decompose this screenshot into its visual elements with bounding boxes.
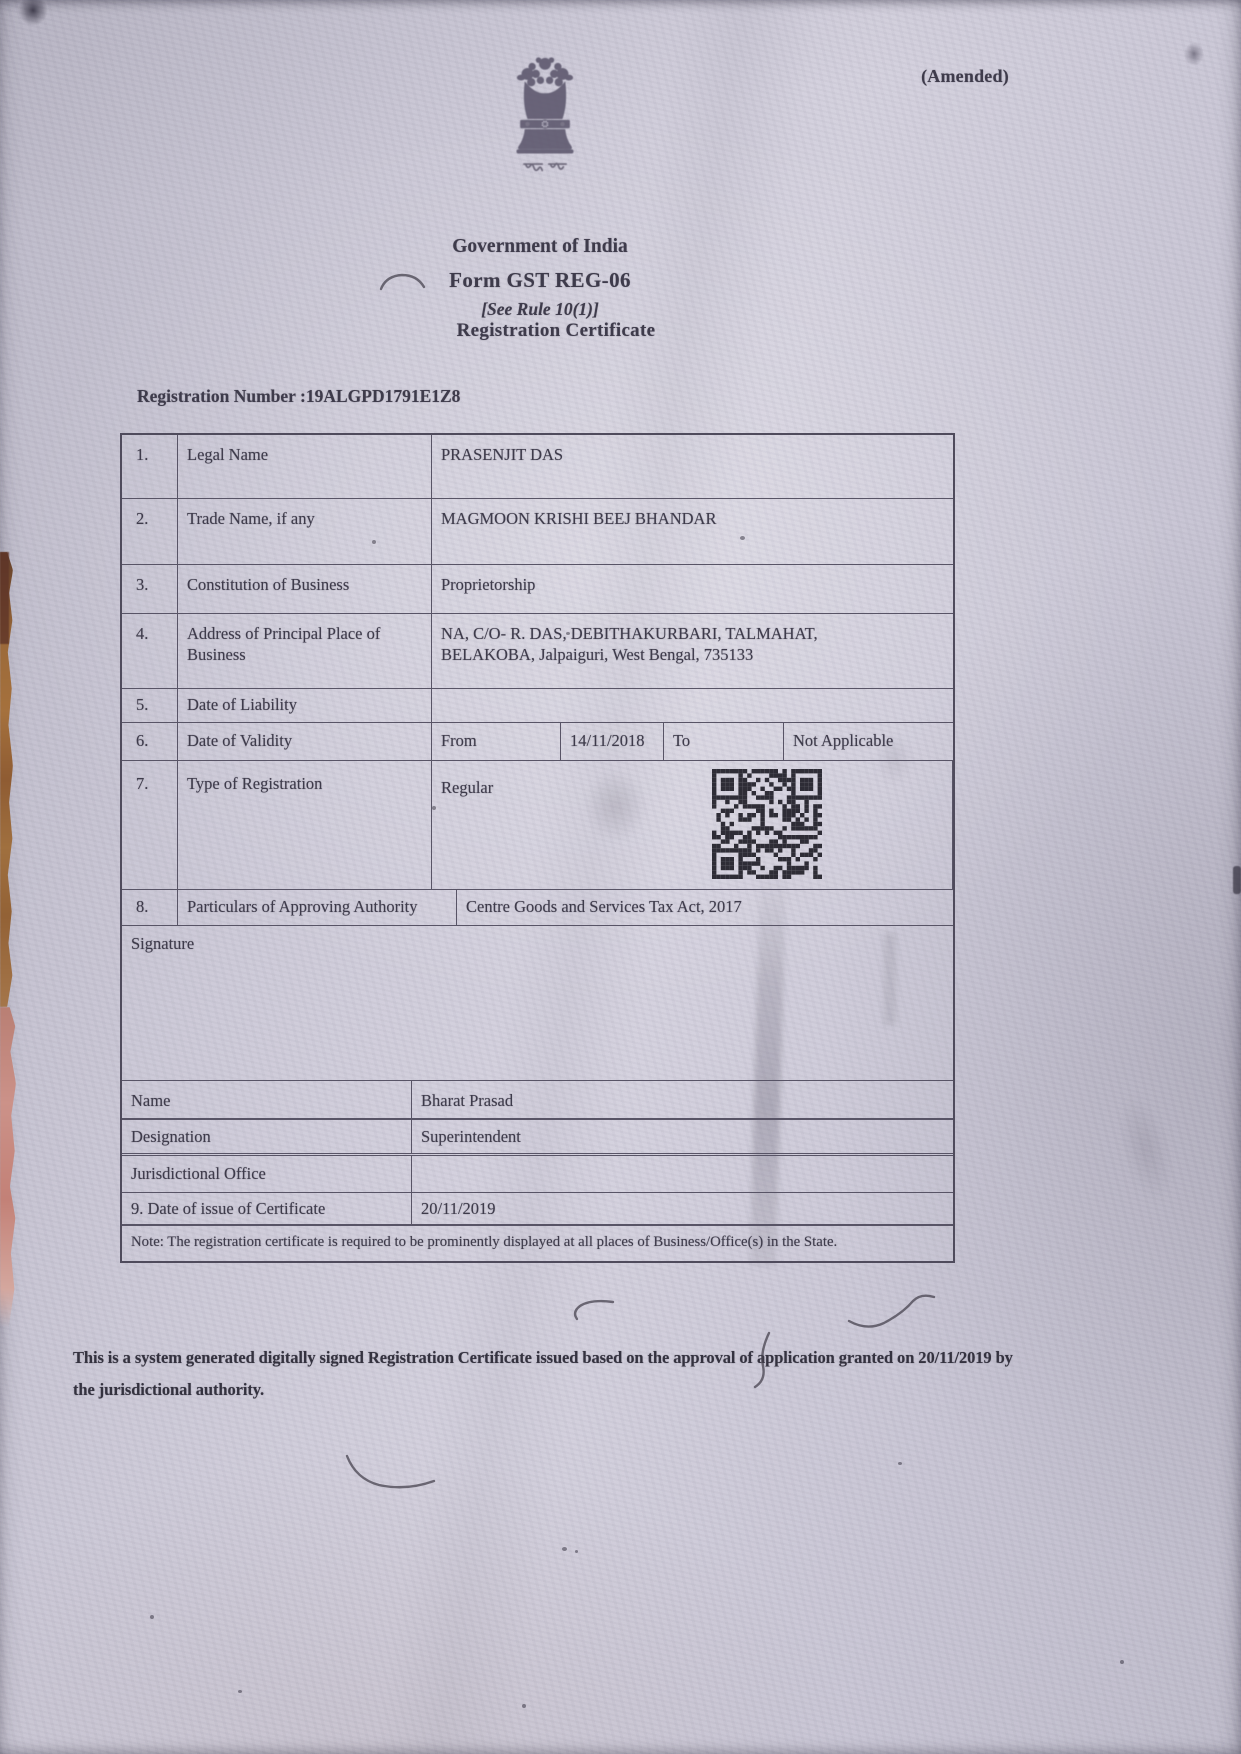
amended-tag: (Amended) (900, 66, 1030, 87)
row-serial: 1. (122, 435, 178, 498)
row-label: Type of Registration (178, 761, 432, 889)
satyameva-jayate-script (524, 164, 566, 171)
india-emblem (499, 44, 591, 194)
registration-number-line: Registration Number :19ALGPD1791E1Z8 (137, 386, 460, 407)
signature-box: Signature (122, 926, 953, 1081)
table-row: 3. Constitution of Business Proprietorsh… (122, 565, 953, 614)
row-label: Legal Name (178, 435, 432, 498)
row-label: Trade Name, if any (178, 499, 432, 564)
row-value: MAGMOON KRISHI BEEJ BHANDAR (432, 499, 953, 564)
table-row-validity: 6. Date of Validity From 14/11/2018 To N… (122, 723, 953, 761)
certificate-title: Registration Certificate (0, 320, 1112, 342)
table-row: 1. Legal Name PRASENJIT DAS (122, 435, 953, 499)
row-label: Date of Liability (178, 689, 432, 722)
officer-label: Jurisdictional Office (122, 1156, 412, 1192)
officer-row-date-of-issue: 9. Date of issue of Certificate 20/11/20… (122, 1193, 953, 1226)
qr-code (712, 769, 822, 879)
row-serial: 6. (122, 723, 178, 760)
row-serial: 4. (122, 614, 178, 688)
table-row: 2. Trade Name, if any MAGMOON KRISHI BEE… (122, 499, 953, 565)
validity-to-label: To (664, 723, 784, 760)
officer-value: Superintendent (412, 1120, 953, 1153)
officer-value: Bharat Prasad (412, 1081, 953, 1118)
row-label: Address of Principal Place of Business (178, 614, 432, 688)
officer-value: 20/11/2019 (412, 1193, 953, 1224)
validity-from-label: From (432, 723, 561, 760)
footer-line-2: the jurisdictional authority. (73, 1380, 1173, 1400)
validity-from-date: 14/11/2018 (561, 723, 664, 760)
officer-row-designation: Designation Superintendent (122, 1120, 953, 1156)
signature-label: Signature (122, 926, 953, 1080)
officer-value (412, 1156, 953, 1192)
table-row-type-of-registration: 7. Type of Registration Regular (122, 761, 953, 890)
note-row: Note: The registration certificate is re… (122, 1226, 953, 1261)
officer-row-jurisdictional-office: Jurisdictional Office (122, 1156, 953, 1193)
officer-label: 9. Date of issue of Certificate (122, 1193, 412, 1224)
registration-number-value: 19ALGPD1791E1Z8 (306, 386, 461, 406)
row-value (432, 689, 953, 722)
footer-statement: This is a system generated digitally sig… (73, 1348, 1173, 1400)
row-value: Proprietorship (432, 565, 953, 613)
table-row-approving-authority: 8. Particulars of Approving Authority Ce… (122, 890, 953, 926)
row-serial: 7. (122, 761, 178, 889)
table-row: 5. Date of Liability (122, 689, 953, 723)
validity-to-value: Not Applicable (784, 723, 953, 760)
row-serial: 8. (122, 890, 178, 925)
government-of-india-heading: Government of India (0, 236, 1080, 258)
row-value: Centre Goods and Services Tax Act, 2017 (457, 890, 953, 925)
row-serial: 5. (122, 689, 178, 722)
certificate-table: 1. Legal Name PRASENJIT DAS 2. Trade Nam… (120, 433, 955, 1263)
row-serial: 2. (122, 499, 178, 564)
form-name-heading: Form GST REG-06 (0, 268, 1080, 293)
row-value: NA, C/O- R. DAS, DEBITHAKURBARI, TALMAHA… (432, 614, 953, 688)
registration-number-label: Registration Number : (137, 386, 306, 406)
officer-label: Designation (122, 1120, 412, 1153)
footer-line-1: This is a system generated digitally sig… (73, 1348, 1173, 1368)
address-text: NA, C/O- R. DAS, DEBITHAKURBARI, TALMAHA… (441, 623, 911, 665)
row-value: Regular (432, 761, 953, 889)
row-label: Constitution of Business (178, 565, 432, 613)
row-value: PRASENJIT DAS (432, 435, 953, 498)
lion-capital-icon (499, 44, 591, 194)
officer-label: Name (122, 1081, 412, 1118)
note-text: Note: The registration certificate is re… (122, 1226, 953, 1261)
row-label: Particulars of Approving Authority (178, 890, 457, 925)
table-row: 4. Address of Principal Place of Busines… (122, 614, 953, 689)
rule-reference: [See Rule 10(1)] (0, 299, 1080, 320)
row-serial: 3. (122, 565, 178, 613)
row-label: Date of Validity (178, 723, 432, 760)
scanned-gst-registration-certificate: (Amended) Government of India Form GST R… (0, 0, 1241, 1754)
officer-row-name: Name Bharat Prasad (122, 1081, 953, 1120)
